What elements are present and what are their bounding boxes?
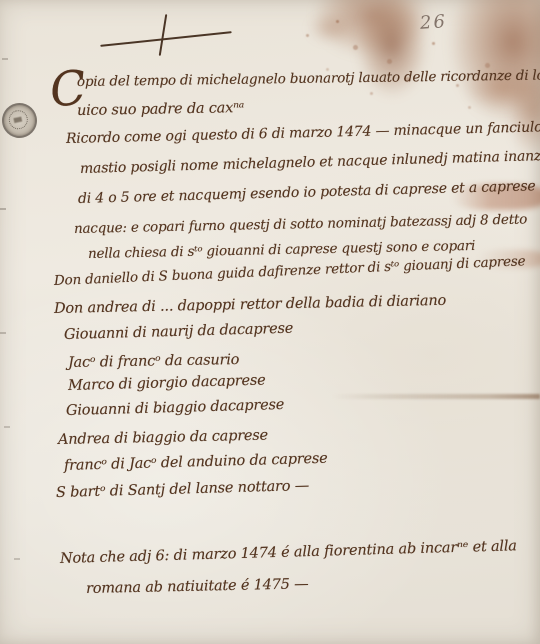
note-line-1: Nota che adj 6: di marzo 1474 é alla fio… [60, 538, 517, 567]
record-line-4: nacque: e copari furno questj di sotto n… [74, 212, 527, 237]
manuscript-page: 26 C opia del tempo di michelagnelo buon… [0, 0, 540, 644]
godparent-entry: Andrea di biaggio da caprese [58, 428, 268, 448]
record-line-1: Ricordo come ogi questo di 6 di marzo 14… [66, 119, 540, 147]
title-line-2: uico suo padre da caxⁿᵃ [77, 100, 244, 119]
ink-stain-top-small [300, 8, 360, 48]
godparent-entry: Marco di giorgio dacaprese [68, 372, 266, 394]
folio-number: 26 [419, 11, 447, 34]
godparent-entry: S bartᵒ di Santj del lanse nottaro — [56, 478, 309, 501]
record-line-2: mastio posigli nome michelagnelo et nacq… [80, 148, 540, 177]
library-stamp-icon [0, 100, 40, 142]
godparent-entry: Giouanni di naurij da dacaprese [64, 321, 294, 343]
record-line-3: di 4 o 5 ore et nacquemj esendo io potes… [78, 178, 536, 207]
stain-speckles [336, 20, 339, 23]
paper-crease-line [332, 394, 540, 399]
note-line-2: romana ab natiuitate é 1475 — [86, 576, 309, 597]
cross-vertical-stroke [159, 14, 168, 56]
godparent-entry: francᵒ di Jacᵒ del anduino da caprese [64, 451, 328, 474]
godparent-entry: Don andrea di ... dapoppi rettor della b… [54, 293, 446, 317]
godparent-entry: Giouanni di biaggio dacaprese [66, 397, 285, 419]
cross-horizontal-stroke [100, 31, 231, 47]
godparent-entry: Jacᵒ di francᵒ da casurio [68, 352, 240, 371]
cross-mark-icon [96, 8, 236, 60]
ink-stain-top-center [312, 0, 432, 58]
ink-stain-top-right [448, 0, 540, 126]
left-edge-marks [0, 208, 6, 210]
title-line-1: opia del tempo di michelagnelo buonarotj… [77, 67, 540, 90]
